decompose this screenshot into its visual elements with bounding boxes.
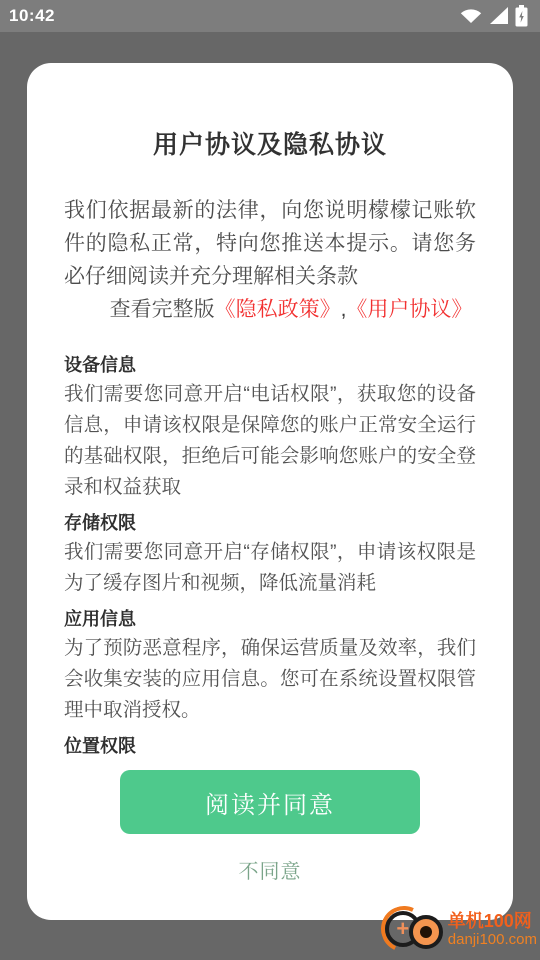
section-body-device-info: 我们需要您同意开启“电话权限”，获取您的设备信息，申请该权限是保障您的账户正常安… [64,379,476,503]
watermark-site-name: 单机100网 [448,912,537,932]
privacy-policy-link[interactable]: 《隐私政策》 [215,298,341,321]
watermark-domain: danji100.com [448,932,537,949]
agree-button[interactable]: 阅读并同意 [120,770,420,834]
watermark-text: 单机100网 danji100.com [448,912,537,948]
link-line-prefix: 查看完整版 [110,298,215,321]
section-heading-device-info: 设备信息 [64,351,476,379]
status-time: 10:42 [9,6,55,26]
section-heading-storage: 存储权限 [64,509,476,537]
dialog-title: 用户协议及隐私协议 [64,127,476,163]
wifi-icon [459,6,483,26]
privacy-agreement-dialog: 用户协议及隐私协议 我们依据最新的法律，向您说明檬檬记账软件的隐私正常，特向您推… [27,63,513,920]
user-agreement-link[interactable]: 《用户协议》 [346,298,472,321]
danji100-logo-icon: + [381,906,445,954]
signal-icon [488,6,510,26]
status-icons [459,5,528,27]
logo-donut-circle [409,915,443,949]
site-watermark: + 单机100网 danji100.com [381,906,537,954]
section-heading-app-info: 应用信息 [64,605,476,633]
full-policy-link-line: 查看完整版《隐私政策》,《用户协议》 [64,293,476,326]
dialog-intro-text: 我们依据最新的法律，向您说明檬檬记账软件的隐私正常，特向您推送本提示。请您务必仔… [64,194,476,293]
section-body-app-info: 为了预防恶意程序，确保运营质量及效率，我们会收集安装的应用信息。您可在系统设置权… [64,633,476,726]
section-heading-location: 位置权限 [64,732,476,760]
disagree-button[interactable]: 不同意 [27,855,513,884]
status-bar: 10:42 [0,0,540,32]
logo-center-dot [420,926,432,938]
section-body-storage: 我们需要您同意开启“存储权限”，申请该权限是为了缓存图片和视频，降低流量消耗 [64,537,476,599]
battery-charging-icon [515,5,528,27]
